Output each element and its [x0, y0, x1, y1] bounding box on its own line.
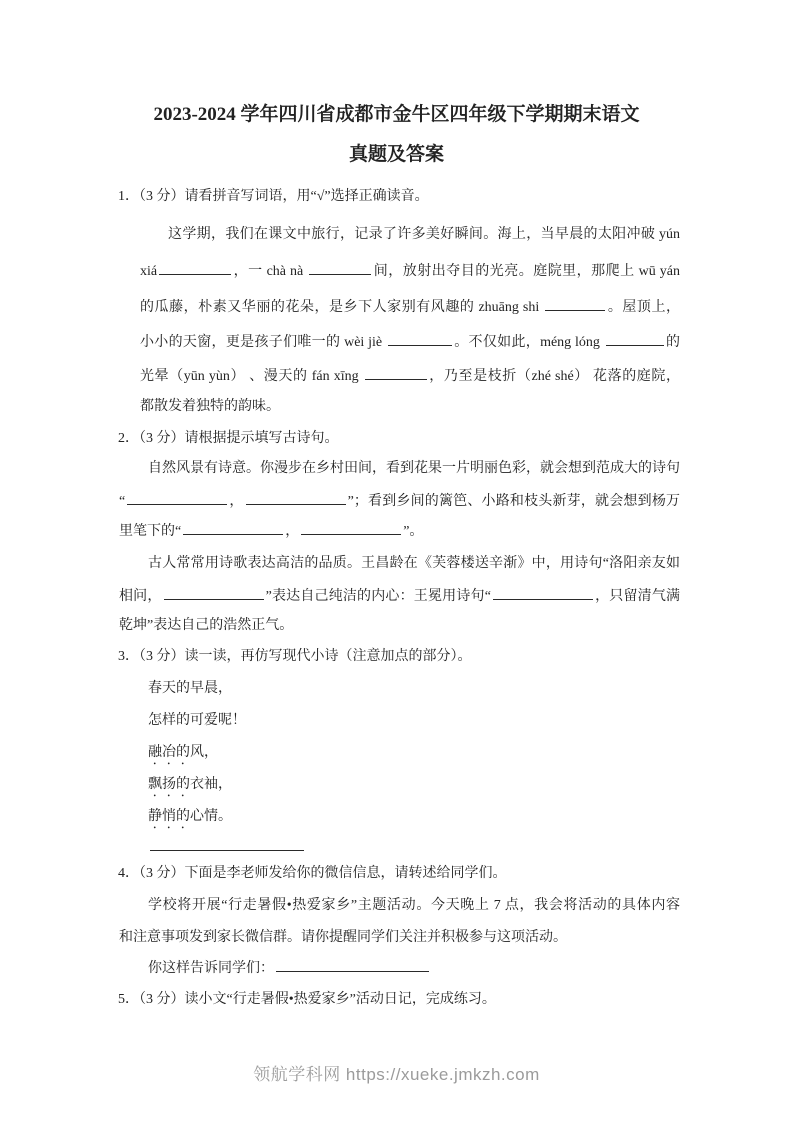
- question-3-heading: 3．（3 分）读一读，再仿写现代小诗（注意加点的部分）。: [118, 646, 472, 668]
- text-segment: 衣袖，: [190, 777, 232, 792]
- text-segment: ”；看到乡间的篱笆、小路和枝头新芽，就会想到杨万: [348, 494, 680, 509]
- answer-blank[interactable]: [606, 331, 664, 346]
- q2-paragraph-line-6: 乾坤”表达自己的浩然正气。: [119, 615, 293, 637]
- text-segment: 的: [666, 335, 680, 350]
- q4-paragraph-line-2: 和注意事项发到家长微信群。请你提醒同学们关注并积极参与这项活动。: [119, 927, 567, 949]
- answer-blank[interactable]: [276, 957, 429, 972]
- text-segment: “: [119, 494, 125, 509]
- q2-paragraph-line-1: 自然风景有诗意。你漫步在乡村田间，看到花果一片明丽色彩，就会想到范成大的诗句: [119, 458, 680, 480]
- text-segment: 。屋顶上，: [607, 300, 680, 315]
- q2-paragraph-line-4: 古人常常用诗歌表达高洁的品质。王昌龄在《芙蓉楼送辛渐》中，用诗句“洛阳亲友如: [119, 553, 680, 575]
- poem-line-1: 春天的早晨，: [148, 678, 232, 700]
- text-segment: 心情。: [190, 809, 232, 824]
- question-2-heading: 2．（3 分）请根据提示填写古诗句。: [118, 428, 339, 450]
- answer-blank[interactable]: [301, 520, 401, 535]
- answer-blank[interactable]: [164, 585, 264, 600]
- question-1-heading: 1．（3 分）请看拼音写词语，用“√”选择正确读音。: [118, 186, 429, 208]
- emphasized-text: 静悄的: [148, 809, 190, 824]
- question-4-heading: 4．（3 分）下面是李老师发给你的微信信息，请转述给同学们。: [118, 863, 507, 885]
- answer-blank[interactable]: [150, 836, 304, 851]
- text-segment: xiá: [140, 264, 157, 279]
- answer-blank[interactable]: [127, 490, 227, 505]
- answer-blank[interactable]: [159, 260, 231, 275]
- poem-line-3: 融冶的风，: [148, 742, 218, 768]
- text-segment: ，: [229, 494, 243, 509]
- text-segment: 风，: [190, 745, 218, 760]
- q1-passage-line-5: 光晕（yūn yùn） 、漫天的 fán xīng ，乃至是枝折（zhé shé…: [140, 365, 680, 388]
- q1-passage-line-1: 这学期，我们在课文中旅行，记录了许多美好瞬间。海上，当早晨的太阳冲破 yún: [140, 224, 680, 246]
- text-segment: 的瓜藤，朴素又华丽的花朵，是乡下人家别有风趣的 zhuāng shi: [140, 300, 543, 315]
- poem-line-2: 怎样的可爱呢！: [148, 710, 246, 732]
- poem-line-5: 静悄的心情。: [148, 806, 232, 832]
- q1-passage-line-2: xiá，一 chà nà 间，放射出夺目的光亮。庭院里，那爬上 wū yán: [140, 260, 680, 283]
- question-5-heading: 5．（3 分）读小文“行走暑假•热爱家乡”活动日记，完成练习。: [118, 989, 496, 1011]
- exam-document-page: 2023-2024 学年四川省成都市金牛区四年级下学期期末语文 真题及答案 1．…: [0, 0, 793, 1122]
- text-segment: 间，放射出夺目的光亮。庭院里，那爬上 wū yán: [373, 264, 680, 279]
- q4-paragraph-line-3: 你这样告诉同学们：: [148, 957, 431, 980]
- answer-blank[interactable]: [183, 520, 283, 535]
- poem-line-4: 飘扬的衣袖，: [148, 774, 232, 800]
- q1-passage-line-3: 的瓜藤，朴素又华丽的花朵，是乡下人家别有风趣的 zhuāng shi 。屋顶上，: [140, 296, 680, 319]
- text-segment: ”。: [403, 524, 423, 539]
- text-segment: ，只留清气满: [595, 589, 680, 604]
- q2-paragraph-line-2: “，”；看到乡间的篱笆、小路和枝头新芽，就会想到杨万: [119, 490, 680, 513]
- q2-paragraph-line-3: 里笔下的“，”。: [119, 520, 423, 543]
- text-segment: 。不仅如此，méng lóng: [454, 335, 604, 350]
- text-segment: 你这样告诉同学们：: [148, 961, 274, 976]
- text-segment: ”表达自己纯洁的内心：王冕用诗句“: [266, 589, 491, 604]
- q2-paragraph-line-5: 相问，”表达自己纯洁的内心：王冕用诗句“，只留清气满: [119, 585, 680, 608]
- text-segment: ，一 chà nà: [233, 264, 307, 279]
- text-segment: 小小的天窗，更是孩子们唯一的 wèi jiè: [140, 335, 386, 350]
- text-segment: 相问，: [119, 589, 162, 604]
- emphasized-text: 飘扬的: [148, 777, 190, 792]
- q3-answer-line: [148, 836, 306, 859]
- watermark: 领航学科网 https://xueke.jmkzh.com: [0, 1064, 793, 1086]
- answer-blank[interactable]: [388, 331, 452, 346]
- document-title-line-1: 2023-2024 学年四川省成都市金牛区四年级下学期期末语文: [0, 102, 793, 128]
- text-segment: 里笔下的“: [119, 524, 181, 539]
- answer-blank[interactable]: [246, 490, 346, 505]
- emphasized-text: 融冶的: [148, 745, 190, 760]
- text-segment: ，: [285, 524, 299, 539]
- answer-blank[interactable]: [545, 296, 605, 311]
- answer-blank[interactable]: [493, 585, 593, 600]
- answer-blank[interactable]: [365, 365, 427, 380]
- q1-passage-line-4: 小小的天窗，更是孩子们唯一的 wèi jiè 。不仅如此，méng lóng 的: [140, 331, 680, 354]
- q1-passage-line-6: 都散发着独特的韵味。: [140, 396, 280, 418]
- text-segment: 光晕（yūn yùn） 、漫天的 fán xīng: [140, 369, 363, 384]
- answer-blank[interactable]: [309, 260, 371, 275]
- text-segment: ，乃至是枝折（zhé shé） 花落的庭院，: [429, 369, 680, 384]
- q4-paragraph-line-1: 学校将开展“行走暑假•热爱家乡”主题活动。今天晚上 7 点，我会将活动的具体内容: [119, 895, 680, 917]
- document-title-line-2: 真题及答案: [0, 142, 793, 168]
